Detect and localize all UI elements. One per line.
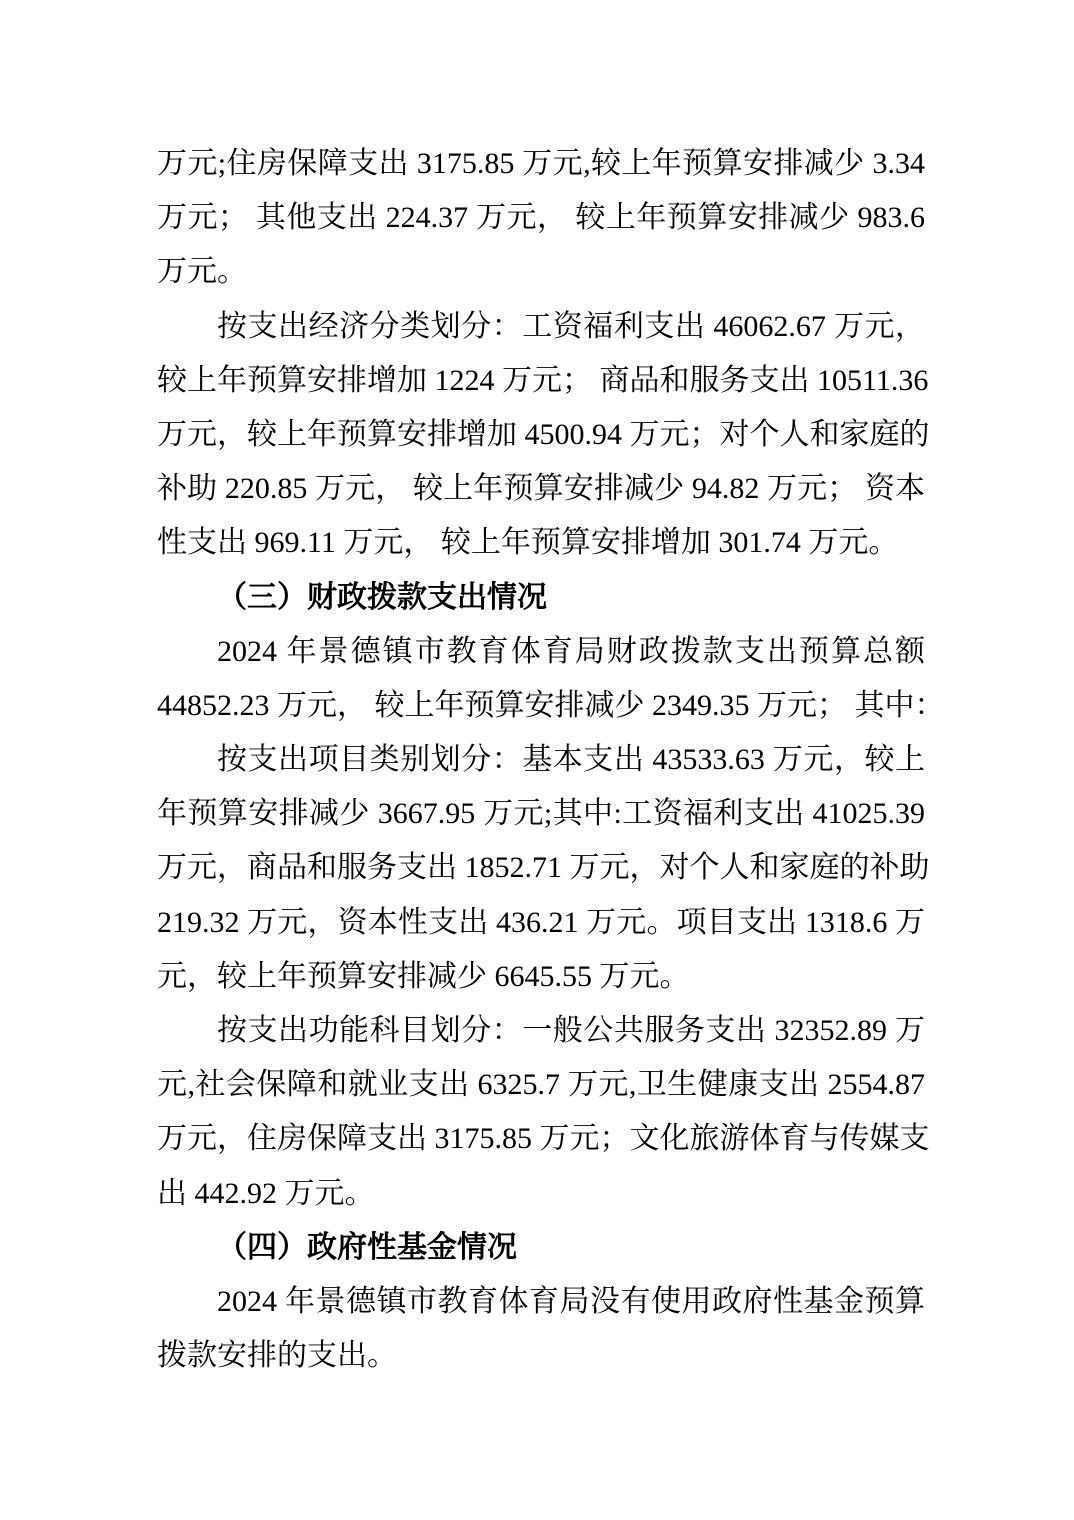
text-line: 补助 220.85 万元， 较上年预算安排减少 94.82 万元； 资本	[157, 462, 925, 516]
text-line: 万元，住房保障支出 3175.85 万元；文化旅游体育与传媒支	[157, 1112, 925, 1166]
text-line: 219.32 万元，资本性支出 436.21 万元。项目支出 1318.6 万	[157, 896, 925, 950]
document-page: 万元;住房保障支出 3175.85 万元,较上年预算安排减少 3.34万元； 其…	[0, 0, 1074, 1520]
text-line: 万元;住房保障支出 3175.85 万元,较上年预算安排减少 3.34	[157, 137, 925, 191]
text-line: 万元； 其他支出 224.37 万元， 较上年预算安排减少 983.6	[157, 191, 925, 245]
text-line: 2024 年景德镇市教育体育局财政拨款支出预算总额	[157, 625, 925, 679]
text-line: 元,社会保障和就业支出 6325.7 万元,卫生健康支出 2554.87	[157, 1058, 925, 1112]
text-line: 拨款安排的支出。	[157, 1329, 925, 1383]
text-line: 万元。	[157, 245, 925, 299]
text-line: 按支出项目类别划分：基本支出 43533.63 万元，较上	[157, 733, 925, 787]
document-body: 万元;住房保障支出 3175.85 万元,较上年预算安排减少 3.34万元； 其…	[157, 137, 925, 1383]
text-line: 性支出 969.11 万元， 较上年预算安排增加 301.74 万元。	[157, 516, 925, 570]
text-line: 按支出经济分类划分：工资福利支出 46062.67 万元，	[157, 300, 925, 354]
text-line: 万元，商品和服务支出 1852.71 万元，对个人和家庭的补助	[157, 841, 925, 895]
section-heading: （四）政府性基金情况	[157, 1221, 925, 1275]
text-line: 年预算安排减少 3667.95 万元;其中:工资福利支出 41025.39	[157, 787, 925, 841]
text-line: 2024 年景德镇市教育体育局没有使用政府性基金预算	[157, 1275, 925, 1329]
section-heading: （三）财政拨款支出情况	[157, 571, 925, 625]
text-line: 按支出功能科目划分：一般公共服务支出 32352.89 万	[157, 1004, 925, 1058]
text-line: 万元，较上年预算安排增加 4500.94 万元；对个人和家庭的	[157, 408, 925, 462]
text-line: 44852.23 万元， 较上年预算安排减少 2349.35 万元； 其中：	[157, 679, 925, 733]
text-line: 较上年预算安排增加 1224 万元； 商品和服务支出 10511.36	[157, 354, 925, 408]
text-line: 元，较上年预算安排减少 6645.55 万元。	[157, 950, 925, 1004]
text-line: 出 442.92 万元。	[157, 1167, 925, 1221]
